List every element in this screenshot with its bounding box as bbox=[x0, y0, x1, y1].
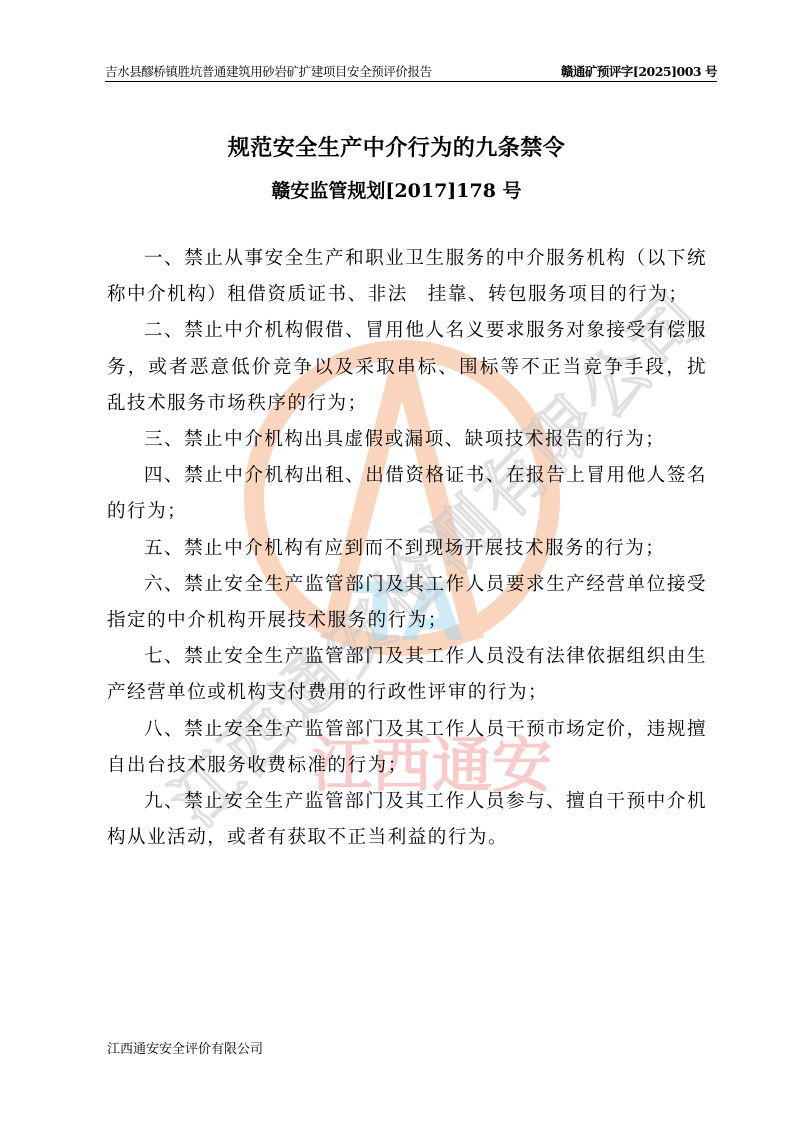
rule-9: 九、禁止安全生产监管部门及其工作人员参与、擅自干预中介机构从业活动，或者有获取不… bbox=[107, 784, 707, 856]
rule-3: 三、禁止中介机构出具虚假或漏项、缺项技术报告的行为； bbox=[107, 422, 707, 458]
document-title: 规范安全生产中介行为的九条禁令 bbox=[0, 131, 793, 162]
report-title-header: 吉水县醪桥镇胜坑普通建筑用砂岩矿扩建项目安全预评价报告 bbox=[105, 62, 432, 80]
rule-5: 五、禁止中介机构有应到而不到现场开展技术服务的行为； bbox=[107, 531, 707, 567]
rule-4: 四、禁止中介机构出租、出借资格证书、在报告上冒用他人签名的行为； bbox=[107, 458, 707, 530]
page-footer-company: 江西通安安全评价有限公司 bbox=[107, 1038, 263, 1057]
rule-7: 七、禁止安全生产监管部门及其工作人员没有法律依据组织由生产经营单位或机构支付费用… bbox=[107, 639, 707, 711]
rule-8: 八、禁止安全生产监管部门及其工作人员干预市场定价，违规擅自出台技术服务收费标准的… bbox=[107, 712, 707, 784]
document-page: 吉水县醪桥镇胜坑普通建筑用砂岩矿扩建项目安全预评价报告 赣通矿预评字[2025]… bbox=[0, 0, 793, 1122]
page-header: 吉水县醪桥镇胜坑普通建筑用砂岩矿扩建项目安全预评价报告 赣通矿预评字[2025]… bbox=[105, 64, 717, 82]
document-number: 赣安监管规划[2017]178 号 bbox=[0, 176, 793, 203]
rule-1: 一、禁止从事安全生产和职业卫生服务的中介服务机构（以下统称中介机构）租借资质证书… bbox=[107, 241, 707, 313]
document-body: 一、禁止从事安全生产和职业卫生服务的中介服务机构（以下统称中介机构）租借资质证书… bbox=[107, 241, 707, 856]
rule-6: 六、禁止安全生产监管部门及其工作人员要求生产经营单位接受指定的中介机构开展技术服… bbox=[107, 567, 707, 639]
report-number-header: 赣通矿预评字[2025]003 号 bbox=[561, 62, 717, 80]
rule-2: 二、禁止中介机构假借、冒用他人名义要求服务对象接受有偿服务，或者恶意低价竞争以及… bbox=[107, 313, 707, 422]
